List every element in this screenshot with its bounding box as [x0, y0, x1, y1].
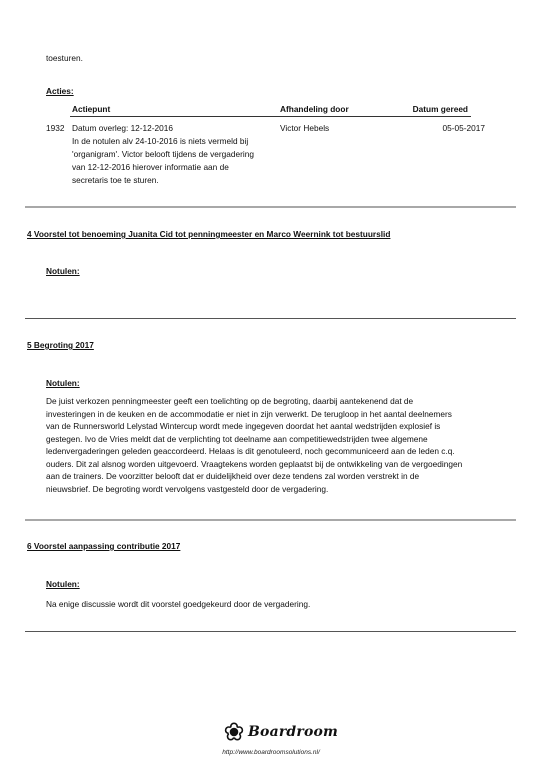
notes-label: Notulen: — [46, 578, 80, 591]
section-divider — [25, 631, 516, 632]
notes-body: De juist verkozen penningmeester geeft e… — [46, 395, 516, 495]
notes-line: Na enige discussie wordt dit voorstel go… — [46, 598, 310, 611]
brand-name: Boardroom — [248, 726, 338, 739]
notes-line: De juist verkozen penningmeester geeft e… — [46, 395, 516, 408]
notes-line: ouders. Dit zal alsnog worden uitgevoerd… — [46, 458, 516, 471]
action-title: Datum overleg: 12-12-2016 — [72, 122, 173, 135]
section-title-4: 4 Voorstel tot benoeming Juanita Cid tot… — [27, 228, 390, 241]
action-due-date: 05-05-2017 — [443, 122, 485, 135]
table-row: 1932 Datum overleg: 12-12-2016 In de not… — [0, 122, 542, 186]
previous-text-tail: toesturen. — [46, 52, 83, 65]
action-description-line: In de notulen alv 24-10-2016 is niets ve… — [72, 135, 248, 148]
notes-line: van de Runnersworld Lelystad Wintercup w… — [46, 420, 516, 433]
section-divider — [25, 318, 516, 319]
actions-table-header: Actiepunt Afhandeling door Datum gereed — [70, 103, 471, 117]
action-description-line: 'organigram'. Victor belooft tijdens de … — [72, 148, 254, 161]
action-description-line: secretaris toe te sturen. — [72, 174, 159, 187]
actions-heading: Acties: — [46, 85, 74, 98]
notes-line: gestegen. Ivo de Vries meldt dat de verp… — [46, 433, 516, 446]
section-title-6: 6 Voorstel aanpassing contributie 2017 — [27, 540, 180, 553]
section-divider — [25, 206, 516, 208]
notes-label: Notulen: — [46, 377, 80, 390]
notes-line: investeringen in de keuken en de accommo… — [46, 408, 516, 421]
action-description-line: van 12-12-2016 hierover informatie aan d… — [72, 161, 229, 174]
notes-line: ledenvergaderingen geleden geaccordeerd.… — [46, 445, 516, 458]
notes-label: Notulen: — [46, 265, 80, 278]
boardroom-flower-icon — [224, 722, 244, 742]
column-actiepunt: Actiepunt — [72, 103, 110, 116]
action-assignee: Victor Hebels — [280, 122, 329, 135]
column-datum-gereed: Datum gereed — [413, 103, 468, 116]
notes-line: nieuwsbrief. De begroting wordt vervolge… — [46, 483, 516, 496]
footer-logo: Boardroom — [224, 720, 338, 744]
action-id: 1932 — [46, 122, 64, 135]
section-divider — [25, 519, 516, 521]
column-afhandeling-door: Afhandeling door — [280, 103, 349, 116]
section-title-5: 5 Begroting 2017 — [27, 339, 94, 352]
notes-line: aan de trainers. De voorzitter belooft d… — [46, 470, 516, 483]
footer-url[interactable]: http://www.boardroomsolutions.nl/ — [0, 747, 542, 760]
